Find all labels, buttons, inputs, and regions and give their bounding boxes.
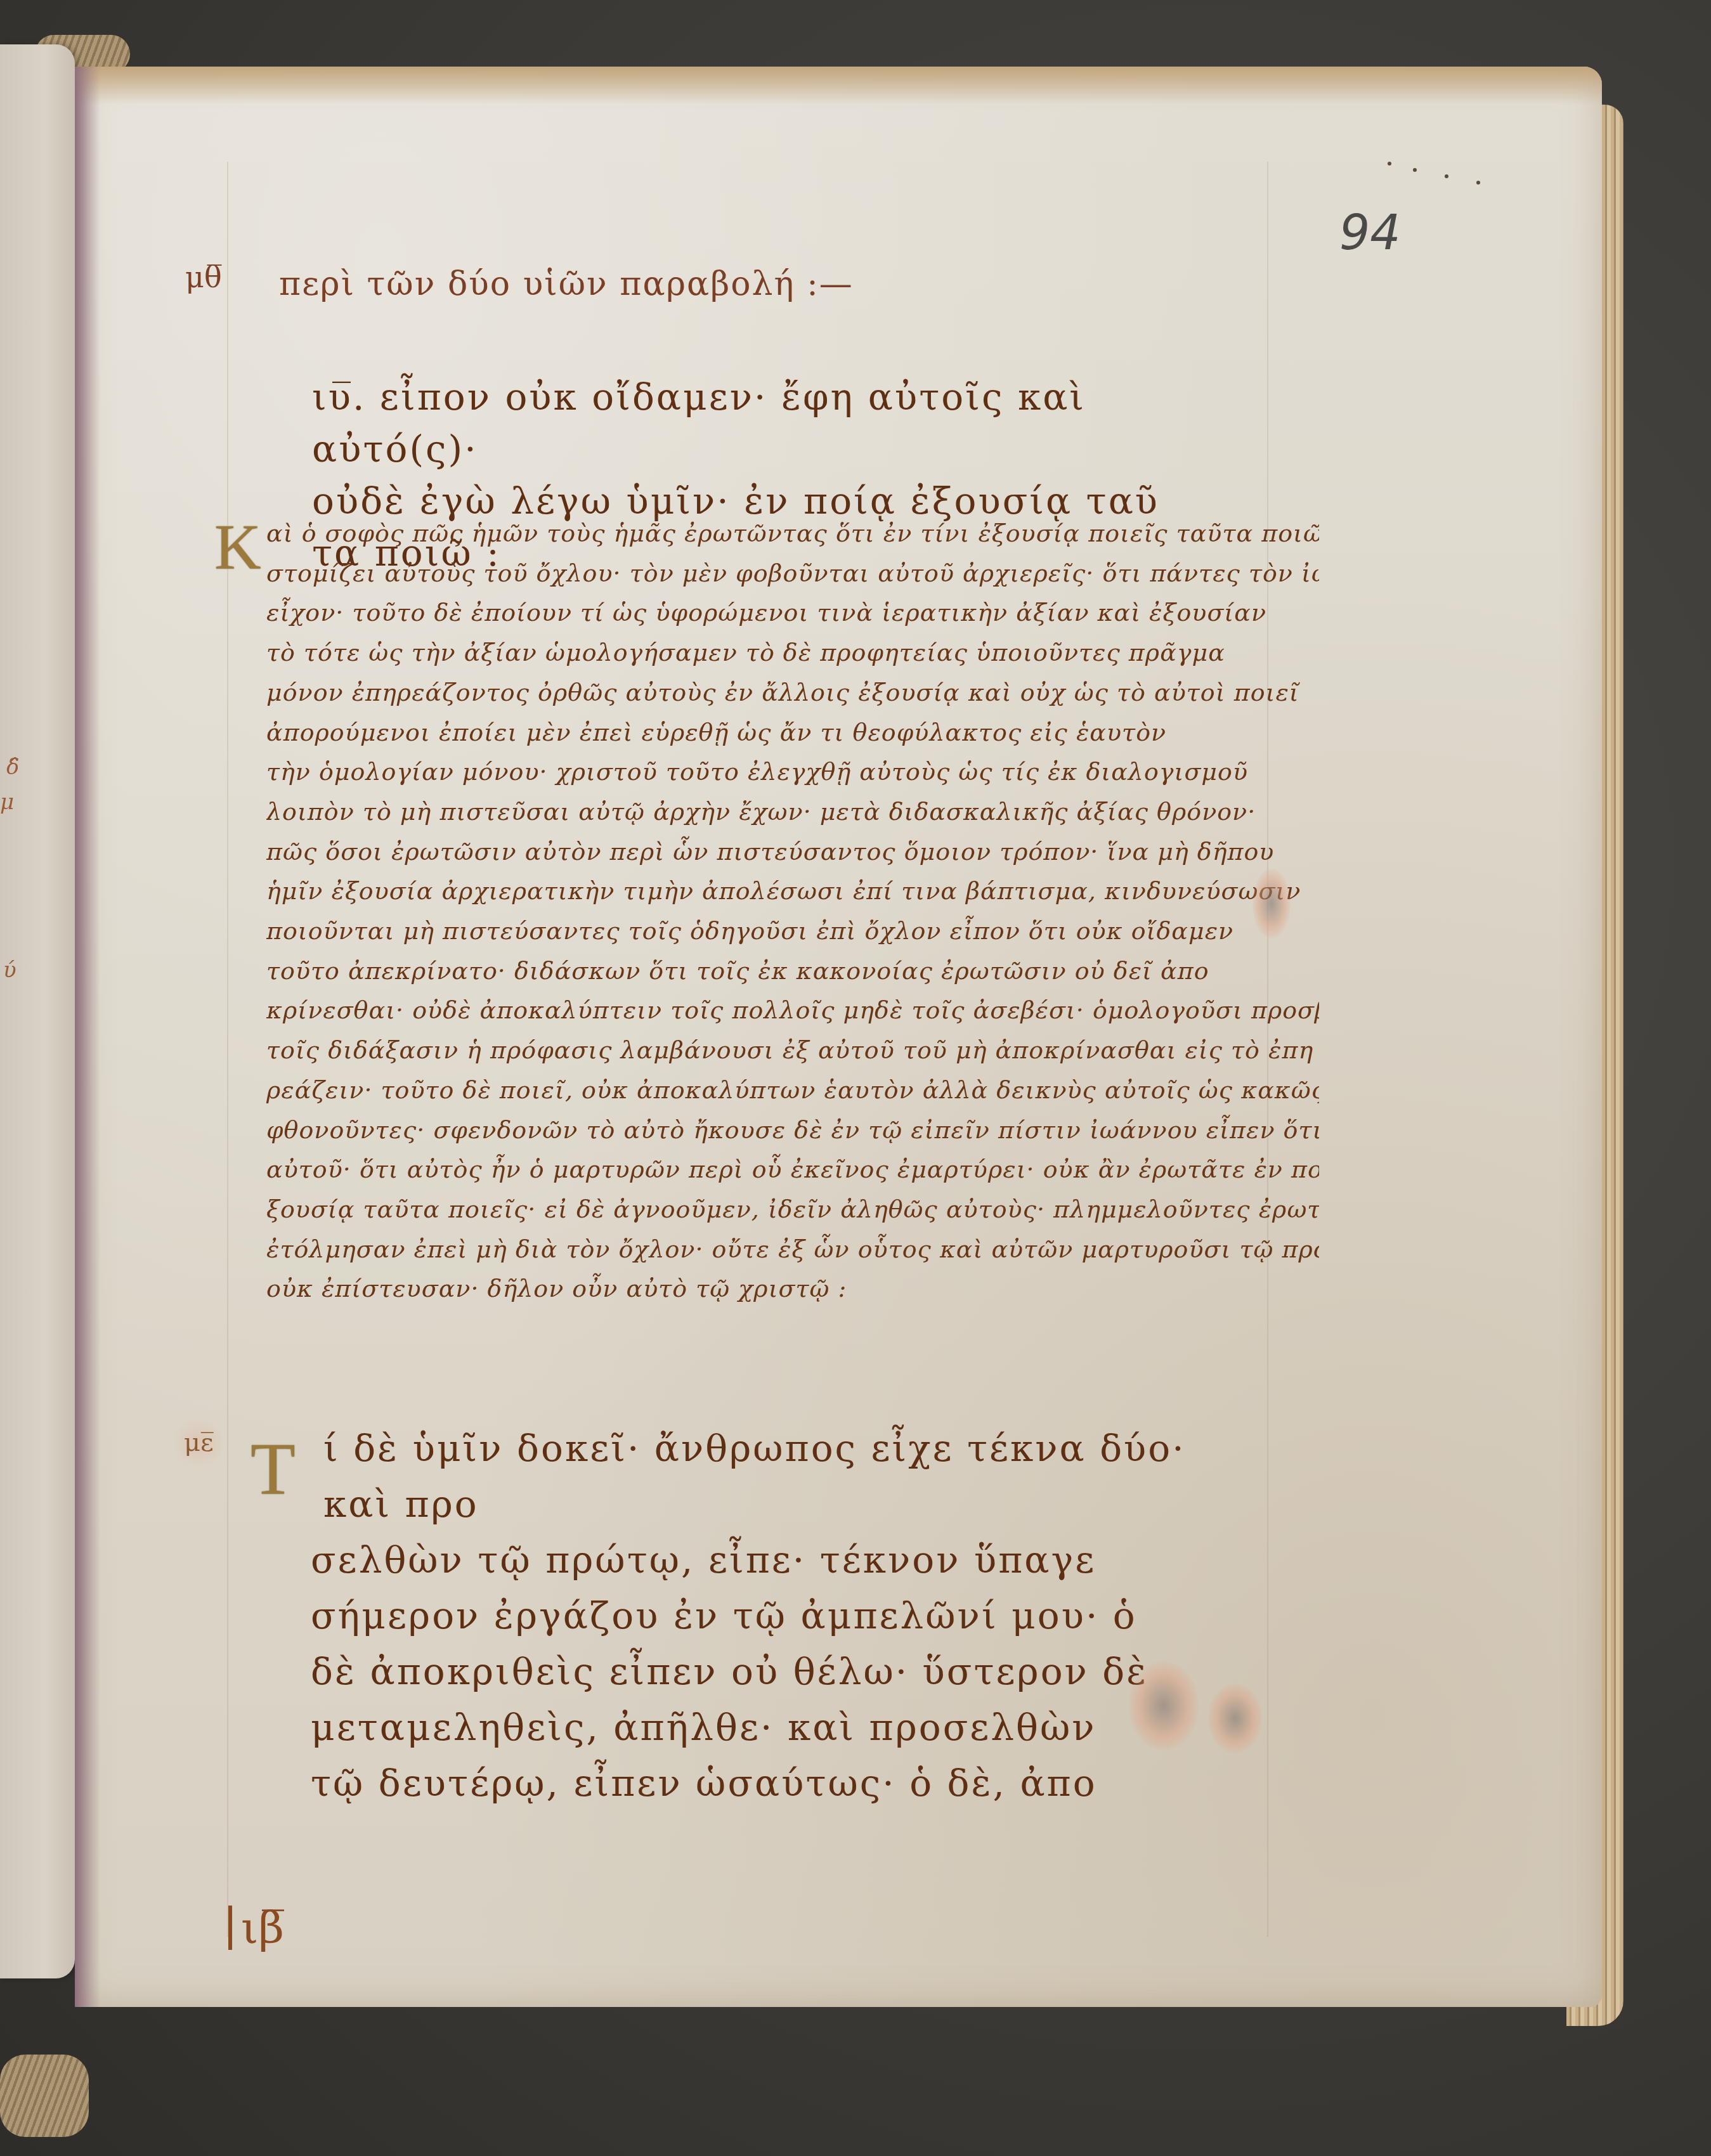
commentary-line: ἐτόλμησαν ἐπεὶ μὴ διὰ τὸν ὄχλον· οὔτε ἐξ…: [266, 1230, 1319, 1270]
page-top-edge-discoloration: [75, 67, 1602, 105]
lemma-line: ί δὲ ὑμῖν δοκεῖ· ἄνθρωπος εἶχε τέκνα δύο…: [311, 1420, 1199, 1532]
chapter-title: περὶ τῶν δύο υἱῶν παραβολή :—: [279, 265, 854, 303]
lemma-line: δὲ ἀποκριθεὶς εἶπεν οὐ θέλω· ὕστερον δὲ: [311, 1644, 1199, 1699]
left-page-edge: δ̂ μ ύ: [0, 44, 75, 1978]
chapter-title-text: περὶ τῶν δύο υἱῶν παραβολή :—: [279, 265, 854, 303]
commentary-line: αὐτοῦ· ὅτι αὐτὸς ἦν ὁ μαρτυρῶν περὶ οὗ ἐ…: [266, 1150, 1319, 1190]
commentary-line: τὸ τότε ὡς τὴν ἀξίαν ὡμολογήσαμεν τὸ δὲ …: [266, 633, 1319, 673]
gutter-stain: [75, 67, 100, 2007]
commentary-line: ξουσίᾳ ταῦτα ποιεῖς· εἰ δὲ ἀγνοοῦμεν, ἰδ…: [266, 1190, 1319, 1230]
commentary-line: τοῖς διδάξασιν ἡ πρόφασις λαμβάνουσι ἐξ …: [266, 1030, 1319, 1070]
commentary-line: αὶ ὁ σοφὸς πῶς ἡμῶν τοὺς ἡμᾶς ἐρωτῶντας …: [266, 514, 1319, 554]
lemma-line: ιυ̅. εἶπον οὐκ οἴδαμεν· ἔφη αὐτοῖς καὶ α…: [312, 371, 1200, 475]
section-marker: μθ̅: [185, 260, 222, 294]
lemma-line: τῷ δευτέρῳ, εἶπεν ὡσαύτως· ὁ δὲ, ἀπο: [311, 1755, 1199, 1811]
commentary-line: ποιοῦνται μὴ πιστεύσαντες τοῖς ὁδηγοῦσι …: [266, 911, 1319, 951]
ink-stain: [1208, 1684, 1262, 1753]
gospel-lemma-2: ί δὲ ὑμῖν δοκεῖ· ἄνθρωπος εἶχε τέκνα δύο…: [311, 1420, 1199, 1811]
commentary-line: ἀπορούμενοι ἐποίει μὲν ἐπεὶ εὑρεθῇ ὡς ἄν…: [266, 713, 1319, 753]
commentary-line: ἡμῖν ἐξουσία ἀρχιερατικὴν τιμὴν ἀπολέσωσ…: [266, 871, 1319, 911]
commentary-line: φθονοῦντες· σφενδονῶν τὸ αὐτὸ ἤκουσε δὲ …: [266, 1110, 1319, 1150]
commentary-line: τοῦτο ἀπεκρίνατο· διδάσκων ὅτι τοῖς ἐκ κ…: [266, 951, 1319, 991]
commentary-block: αὶ ὁ σοφὸς πῶς ἡμῶν τοὺς ἡμᾶς ἐρωτῶντας …: [266, 514, 1319, 1309]
lemma-line: μεταμεληθεὶς, ἀπῆλθε· καὶ προσελθὼν: [311, 1699, 1199, 1755]
pricking-mark: [1476, 181, 1480, 185]
pricking-mark: [1445, 174, 1448, 178]
lemma-line: σήμερον ἐργάζου ἐν τῷ ἀμπελῶνί μου· ὁ: [311, 1588, 1199, 1644]
lemma-line: σελθὼν τῷ πρώτῳ, εἶπε· τέκνον ὕπαγε: [311, 1532, 1199, 1588]
ink-stain: [1252, 869, 1291, 938]
ink-stain: [1129, 1661, 1199, 1750]
commentary-line: λοιπὸν τὸ μὴ πιστεῦσαι αὐτῷ ἀρχὴν ἔχων· …: [266, 792, 1319, 832]
left-page-fragment: δ̂: [6, 755, 19, 780]
folio-number: 94: [1339, 204, 1401, 261]
commentary-line: κρίνεσθαι· οὐδὲ ἀποκαλύπτειν τοῖς πολλοῖ…: [266, 990, 1319, 1030]
gold-initial-t: Τ: [250, 1428, 296, 1512]
binding-cord-bottom: [0, 2055, 89, 2137]
commentary-line: εἶχον· τοῦτο δὲ ἐποίουν τί ὡς ὑφορώμενοι…: [266, 593, 1319, 633]
ruling-line: [227, 162, 228, 1937]
commentary-line: μόνον ἐπηρεάζοντος ὀρθῶς αὐτοὺς ἐν ἄλλοι…: [266, 673, 1319, 713]
section-marker-2: με̅: [171, 1417, 226, 1468]
pricking-mark: [1388, 162, 1391, 166]
left-page-fragment: ύ: [3, 958, 16, 983]
commentary-line: στομίζει αὐτοὺς τοῦ ὄχλου· τὸν μὲν φοβοῦ…: [266, 554, 1319, 594]
commentary-line: οὐκ ἐπίστευσαν· δῆλον οὖν αὐτὸ τῷ χριστῷ…: [266, 1269, 1319, 1309]
gold-initial-k: Κ: [214, 510, 261, 585]
commentary-line: τὴν ὁμολογίαν μόνου· χριστοῦ τοῦτο ἐλεγχ…: [266, 752, 1319, 792]
commentary-line: πῶς ὅσοι ἐρωτῶσιν αὐτὸν περὶ ὧν πιστεύσα…: [266, 832, 1319, 872]
quire-signature: ιβ̅: [228, 1906, 284, 1950]
commentary-line: ρεάζειν· τοῦτο δὲ ποιεῖ, οὐκ ἀποκαλύπτων…: [266, 1070, 1319, 1110]
pricking-mark: [1413, 168, 1417, 172]
left-page-fragment: μ: [0, 789, 14, 815]
